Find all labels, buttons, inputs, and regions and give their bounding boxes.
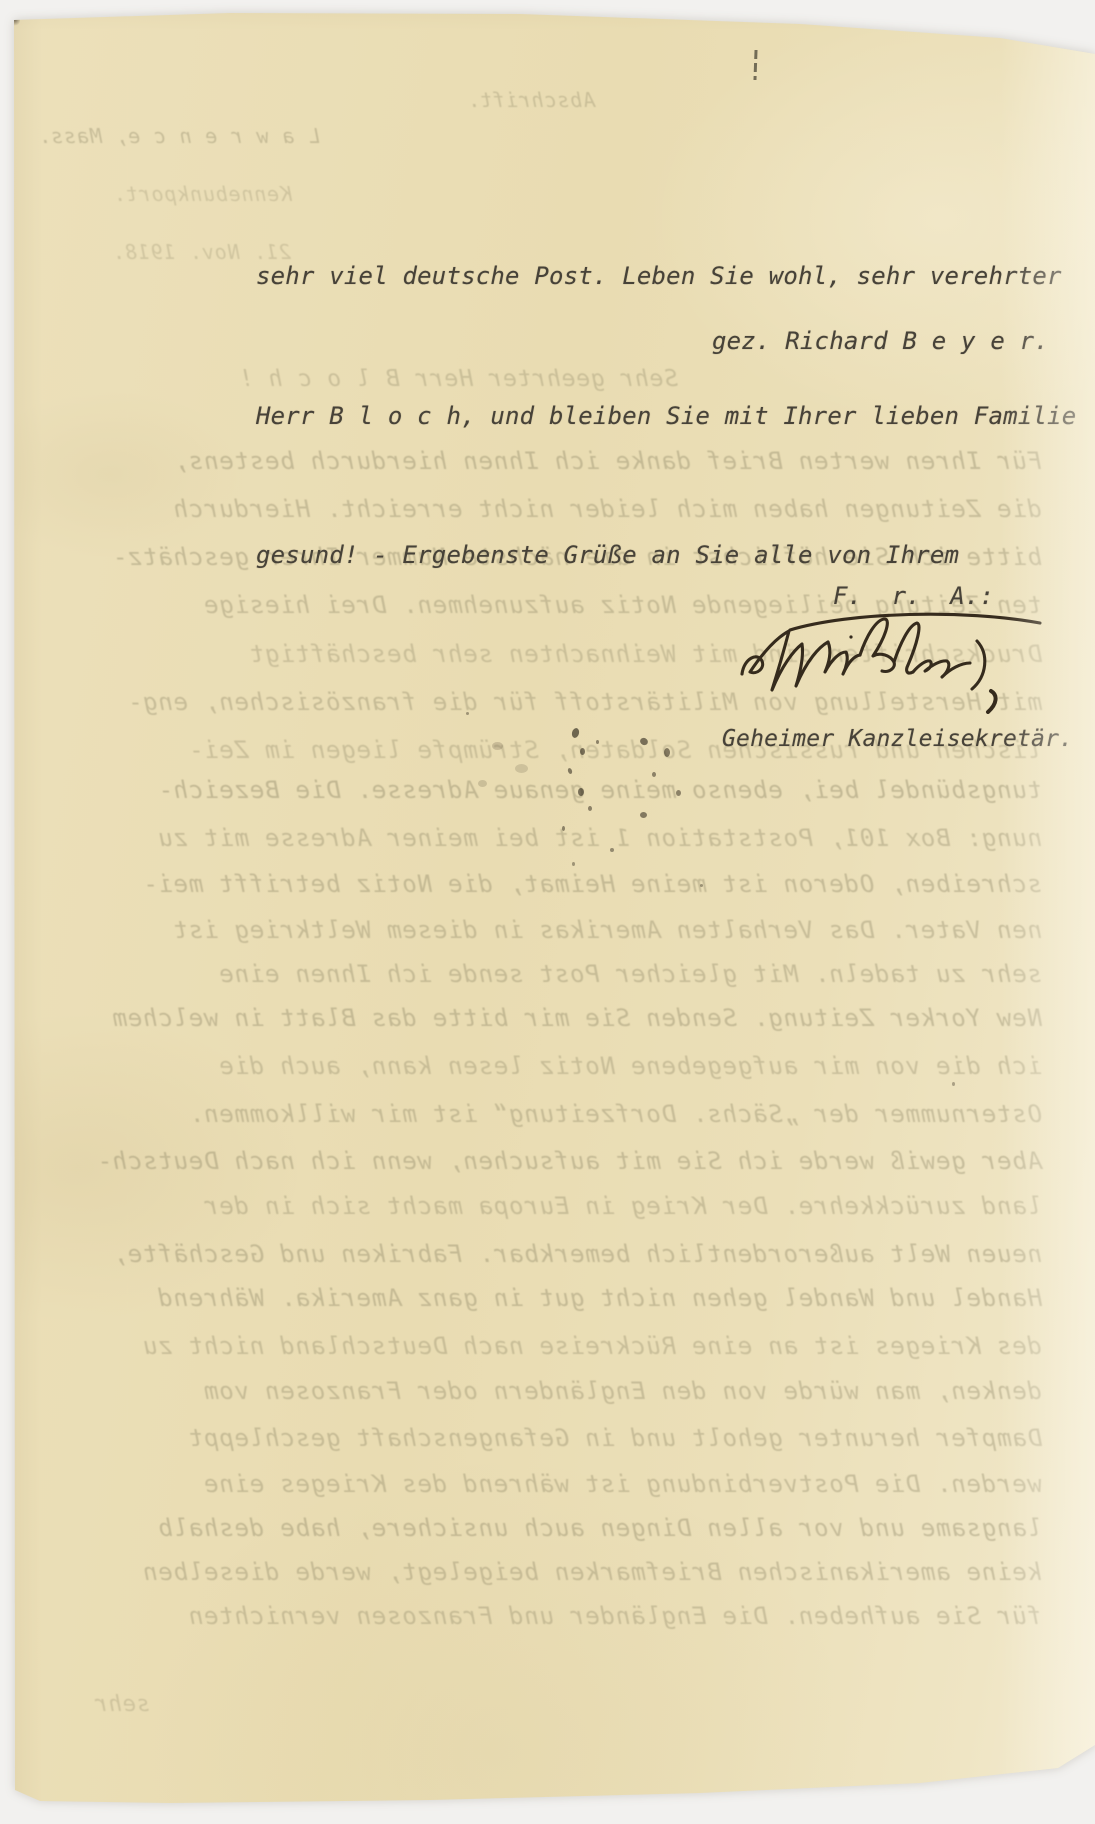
letter-body-line: sehr viel deutsche Post. Leben Sie wohl,… <box>256 253 1076 300</box>
bleed-through-line: des Krieges ist an eine Rückreise nach D… <box>57 1332 1042 1360</box>
bleed-through-line: Abschrift. <box>455 88 595 112</box>
bleed-through-line: land zurückkehre. Der Krieg in Europa ma… <box>57 1192 1042 1220</box>
signer-title: Geheimer Kanzleisekretär. <box>722 726 1073 752</box>
page-number-mark <box>753 50 757 80</box>
letter-body-line: Herr B l o c h, und bleiben Sie mit Ihre… <box>256 393 1076 440</box>
bleed-through-line: keine amerikanischen Briefmarken beigele… <box>57 1558 1042 1586</box>
letter-body-line: gesund! - Ergebenste Grüße an Sie alle v… <box>256 532 1076 579</box>
paper-sheet-wrap: Abschrift.L a w r e n c e, Mass.Kennebun… <box>0 0 1095 1824</box>
paper-corner-nick <box>11 15 20 26</box>
bleed-through-line: denken, man würde von den Engländern ode… <box>57 1377 1042 1405</box>
bleed-through-line: ich die von mir aufgegebene Notiz lesen … <box>57 1052 1042 1080</box>
bleed-through-line: werden. Die Postverbindung ist während d… <box>57 1470 1042 1498</box>
scanned-letter-page: { "colors": { "paper": "#eadfb6", "typed… <box>0 0 1095 1824</box>
bleed-through-line: nung: Box 101, Poststation 1 ist bei mei… <box>57 824 1042 852</box>
bleed-through-line: sehr zu tadeln. Mit gleicher Post sende … <box>57 960 1042 988</box>
bleed-through-line: New Yorker Zeitung. Senden Sie mir bitte… <box>57 1004 1042 1032</box>
bleed-through-line: tungsbündel bei, ebenso meine genaue Adr… <box>57 776 1042 804</box>
bleed-through-line: Aber gewiß werde ich Sie mit aufsuchen, … <box>57 1147 1042 1175</box>
bleed-through-line: Handel und Wandel gehen nicht gut in gan… <box>57 1284 1042 1312</box>
bleed-through-line: nen Vater. Das Verhalten Amerikas in die… <box>57 916 1042 944</box>
bleed-through-line: L a w r e n c e, Mass. <box>55 124 320 148</box>
bleed-through-line: Dampfer herunter geholt und in Gefangens… <box>57 1424 1042 1452</box>
paper-sheet: Abschrift.L a w r e n c e, Mass.Kennebun… <box>0 0 1095 1824</box>
bleed-through-line: sehr <box>60 1692 150 1717</box>
bleed-through-line: schreiben, Oderon ist meine Heimat, die … <box>57 870 1042 898</box>
bleed-through-line: langsame und vor allen Dingen auch unsic… <box>57 1514 1042 1542</box>
typed-signature-line: gez. Richard B e y e r. <box>712 327 1049 355</box>
bleed-through-line: Osternummer der „Sächs. Dorfzeitung“ ist… <box>57 1100 1042 1128</box>
attestation-abbreviation: F. r. A.: <box>833 582 994 610</box>
bleed-through-line: neuen Welt außerordentlich bemerkbar. Fa… <box>57 1240 1042 1268</box>
bleed-through-line: für Sie aufheben. Die Engländer und Fran… <box>57 1602 1042 1630</box>
handwritten-signature <box>732 608 1054 726</box>
